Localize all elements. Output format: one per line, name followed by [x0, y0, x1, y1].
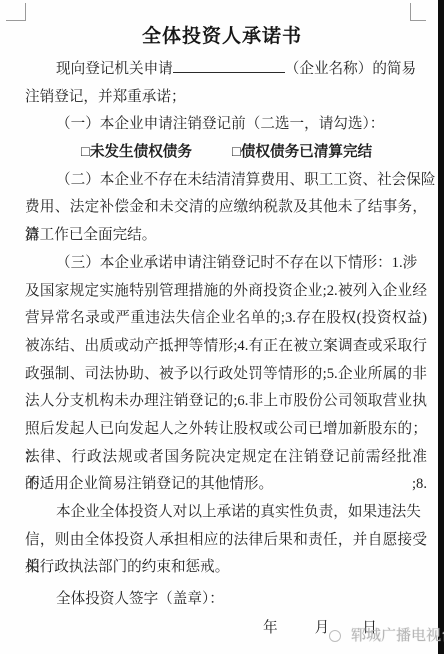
- item1-heading: （一）本企业申请注销登记前（二选一，请勾选）：: [25, 111, 427, 139]
- liability-line: 关行政执法部门的约束和惩戒。: [25, 554, 427, 582]
- item3-line: 法人分支机构未办理注销登记的;6.非上市股份公司领取营业执: [25, 388, 427, 416]
- document-body: 现向登记机关申请（企业名称）的简易 注销登记，并郑重承诺； （一）本企业申请注销…: [25, 56, 427, 642]
- item2-line: （二）本企业不存在未结清清算费用、职工工资、社会保险: [25, 167, 427, 195]
- item3-line: （三）本企业承诺申请注销登记时不存在以下情形：1.涉: [25, 250, 427, 278]
- item3-line: 营异常名录或严重违法失信企业名单的;3.存在股权(投资权益): [25, 305, 427, 333]
- company-name-blank-field[interactable]: [173, 58, 285, 73]
- signature-label: 全体投资人签字（盖章）：: [25, 586, 427, 614]
- date-year-label: 年: [263, 620, 278, 636]
- item2-line: 算工作已全面完结。: [25, 222, 427, 250]
- liability-line: 本企业全体投资人对以上承诺的真实性负责，如果违法失: [25, 499, 427, 527]
- item3-line: 照后发起人已向发起人之外转让股权或公司已增加新股东的；7.: [25, 416, 427, 444]
- station-watermark-text: 郓城广播电视台: [351, 627, 444, 645]
- station-logo-icon: [329, 630, 341, 642]
- margin-crop-mark-top-left: [6, 3, 26, 21]
- margin-crop-mark-top-right: [410, 3, 426, 21]
- intro-line1-post: （企业名称）的简易: [285, 61, 416, 77]
- date-month-label: 月: [315, 620, 330, 636]
- checkbox-option-debt-settled[interactable]: □债权债务已清算完结: [232, 144, 372, 160]
- commitment-letter-page: 全体投资人承诺书 现向登记机关申请（企业名称）的简易 注销登记，并郑重承诺； （…: [0, 0, 444, 654]
- intro-line-1: 现向登记机关申请（企业名称）的简易: [25, 56, 427, 84]
- item3-line: 政强制、司法协助、被予以行政处罚等情形的;5.企业所属的非: [25, 361, 427, 389]
- document-title: 全体投资人承诺书: [0, 26, 444, 48]
- item1-options-row: □未发生债权债务□债权债务已清算完结: [25, 139, 427, 167]
- scan-edge-artifact: [438, 0, 444, 654]
- liability-line: 信，则由全体投资人承担相应的法律后果和责任，并自愿接受相: [25, 527, 427, 555]
- intro-line1-pre: 现向登记机关申请: [56, 61, 173, 77]
- checkbox-option-no-debt[interactable]: □未发生债权债务: [81, 144, 192, 160]
- intro-line-2: 注销登记，并郑重承诺；: [25, 84, 427, 112]
- item3-line: 及国家规定实施特别管理措施的外商投资企业;2.被列入企业经: [25, 278, 427, 306]
- item2-line: 费用、法定补偿金和未交清的应缴纳税款及其他未了结事务，清: [25, 194, 427, 222]
- item3-line: 法律、行政法规或者国务院决定规定在注销登记前需经批准的;8.: [25, 444, 427, 472]
- item3-line: 被冻结、出质或动产抵押等情形;4.有正在被立案调查或采取行: [25, 333, 427, 361]
